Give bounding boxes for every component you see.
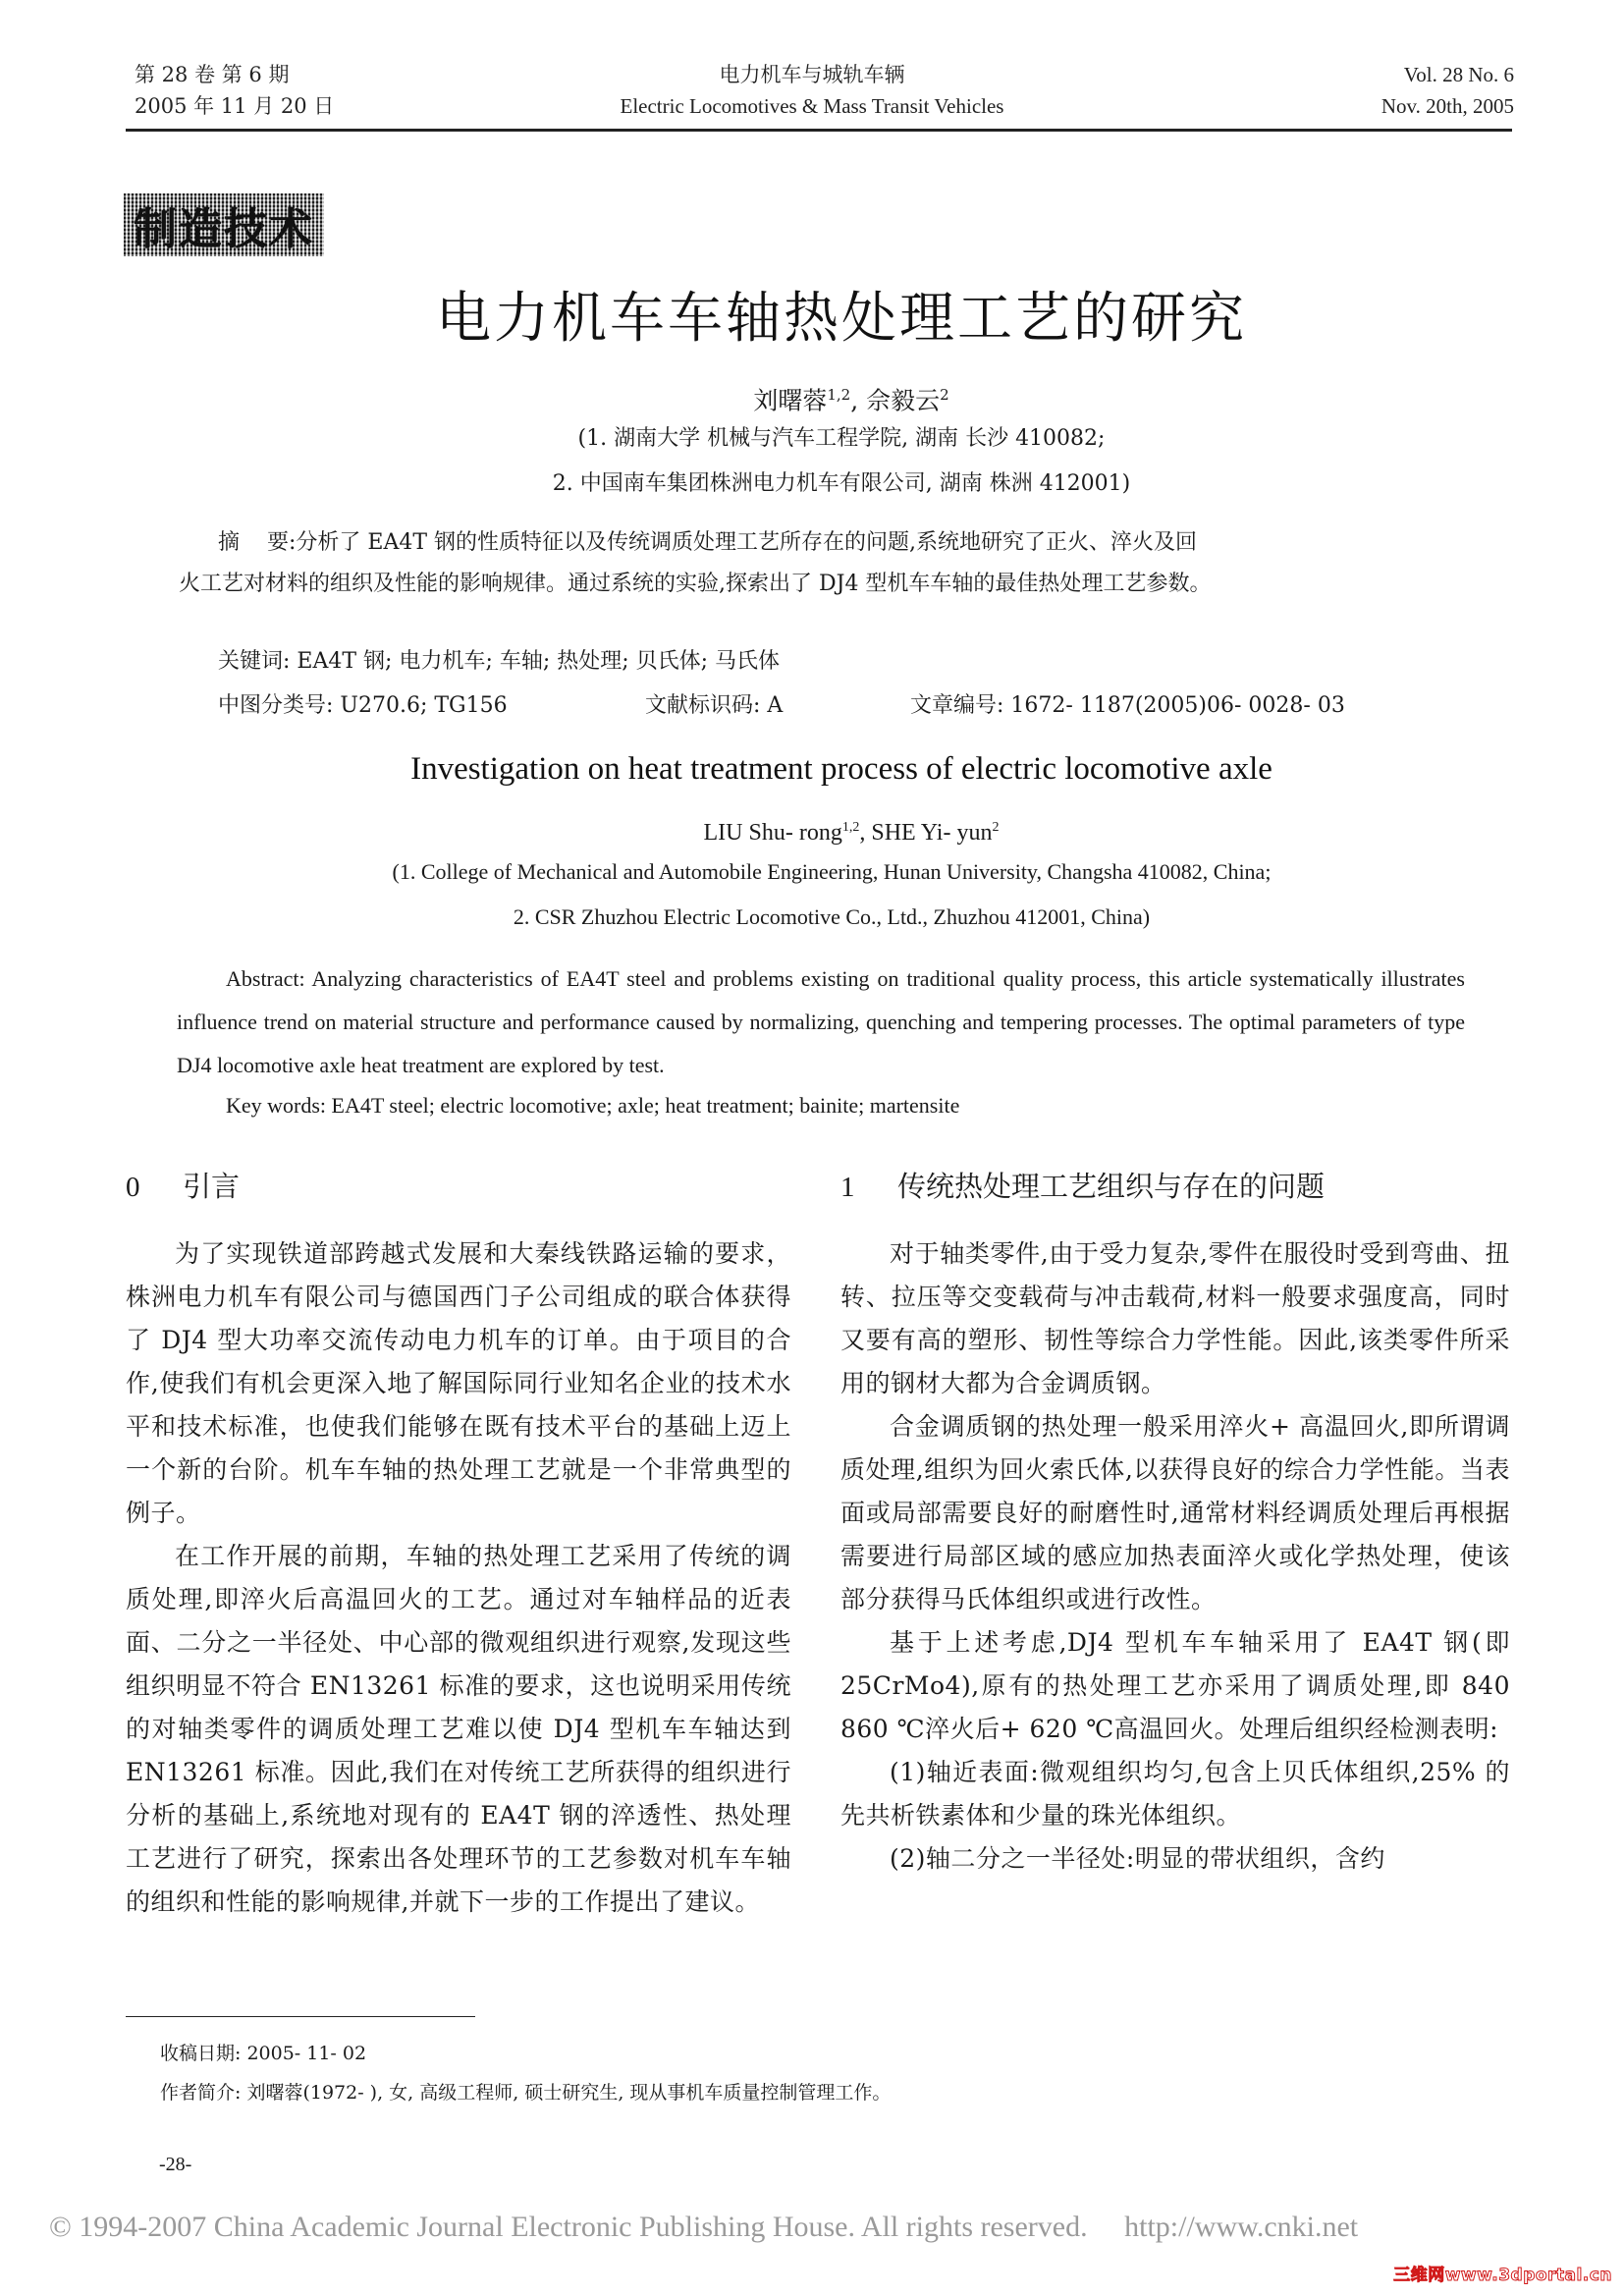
section-0-heading: 0引言 [126,1167,791,1207]
footnote-author-bio: 作者简介: 刘曙蓉(1972- ), 女, 高级工程师, 硕士研究生, 现从事机… [160,2079,891,2106]
author-separator: , [850,386,866,414]
section-0-paragraph-2: 在工作开展的前期，车轴的热处理工艺采用了传统的调质处理,即淬火后高温回火的工艺。… [126,1535,791,1924]
authors-en: LIU Shu- rong1,2, SHE Yi- yun2 [0,811,1624,849]
abstract-en: Abstract: Analyzing characteristics of E… [177,957,1465,1087]
abstract-cn: 摘 要:分析了 EA4T 钢的性质特征以及传统调质处理工艺所存在的问题,系统地研… [218,522,1506,605]
author-2-en: SHE Yi- yun [871,820,992,846]
article-id: 文章编号: 1672- 1187(2005)06- 0028- 03 [910,689,1345,723]
document-code: 文献标识码: A [645,689,910,723]
copyright-notice: © 1994-2007 China Academic Journal Elect… [49,2208,1358,2247]
header-volume-en: Vol. 28 No. 6 Nov. 20th, 2005 [1381,59,1514,122]
section-tag: 制造技术 [124,193,324,256]
clc-code: 中图分类号: U270.6; TG156 [218,689,645,723]
section-1-paragraph-4: (1)轴近表面:微观组织均匀,包含上贝氏体组织,25% 的先共析铁素体和少量的珠… [840,1751,1510,1837]
keywords-en: Key words: EA4T steel; electric locomoti… [226,1089,959,1122]
affiliation-en-1: (1. College of Mechanical and Automobile… [0,856,1624,888]
keywords-cn-label: 关键词: [218,649,290,674]
keywords-cn-value: EA4T 钢; 电力机车; 车轴; 热处理; 贝氏体; 马氏体 [297,649,780,674]
footnote-received-date: 收稿日期: 2005- 11- 02 [160,2040,366,2067]
authors-cn: 刘曙蓉1,2, 佘毅云2 [0,377,1624,418]
abstract-cn-line-1: 摘 要:分析了 EA4T 钢的性质特征以及传统调质处理工艺所存在的问题,系统地研… [218,522,1506,564]
keywords-cn: 关键词: EA4T 钢; 电力机车; 车轴; 热处理; 贝氏体; 马氏体 [218,645,780,679]
section-tag-label: 制造技术 [134,193,314,256]
watermark-logo: 三维网www.3dportal.cn [1393,2265,1612,2286]
abstract-en-label: Abstract: [226,966,305,991]
author-2-affil: 2 [940,386,949,404]
affiliation-cn-1: (1. 湖南大学 机械与汽车工程学院, 湖南 长沙 410082; [0,422,1624,456]
section-1-paragraph-3: 基于上述考虑,DJ4 型机车车轴采用了 EA4T 钢(即 25CrMo4),原有… [840,1621,1510,1751]
column-left: 0引言 为了实现铁道部跨越式发展和大秦线铁路运输的要求，株洲电力机车有限公司与德… [126,1167,791,1924]
header-date-en: Nov. 20th, 2005 [1381,90,1514,122]
title-en: Investigation on heat treatment process … [0,746,1624,792]
header-vol-no: Vol. 28 No. 6 [1381,59,1514,90]
author-1-cn: 刘曙蓉 [753,386,827,414]
affiliation-en-2: 2. CSR Zhuzhou Electric Locomotive Co., … [0,902,1624,933]
section-0-paragraph-1: 为了实现铁道部跨越式发展和大秦线铁路运输的要求，株洲电力机车有限公司与德国西门子… [126,1232,791,1535]
abstract-en-text: Analyzing characteristics of EA4T steel … [177,966,1465,1077]
page-number: -28- [159,2151,191,2178]
footnote-divider [126,2016,475,2017]
affiliation-cn-2: 2. 中国南车集团株洲电力机车有限公司, 湖南 株洲 412001) [0,467,1624,501]
section-1-paragraph-2: 合金调质钢的热处理一般采用淬火+ 高温回火,即所谓调质处理,组织为回火索氏体,以… [840,1405,1510,1621]
abstract-cn-label: 摘 要: [218,530,296,555]
section-1-heading: 1传统热处理工艺组织与存在的问题 [840,1167,1510,1207]
header-divider [126,129,1512,132]
section-1-paragraph-5: (2)轴二分之一半径处:明显的带状组织，含约 [840,1837,1510,1881]
author-1-en: LIU Shu- rong [704,820,842,846]
section-1-paragraph-1: 对于轴类零件,由于受力复杂,零件在服役时受到弯曲、扭转、拉压等交变载荷与冲击载荷… [840,1232,1510,1405]
abstract-cn-line-2: 火工艺对材料的组织及性能的影响规律。通过系统的实验,探索出了 DJ4 型机车车轴… [179,564,1506,605]
classification-row: 中图分类号: U270.6; TG156文献标识码: A文章编号: 1672- … [218,689,1345,723]
author-2-cn: 佘毅云 [866,386,940,414]
column-right: 1传统热处理工艺组织与存在的问题 对于轴类零件,由于受力复杂,零件在服役时受到弯… [840,1167,1510,1881]
title-cn: 电力机车车轴热处理工艺的研究 [0,285,1624,354]
author-1-affil: 1,2 [827,386,850,404]
